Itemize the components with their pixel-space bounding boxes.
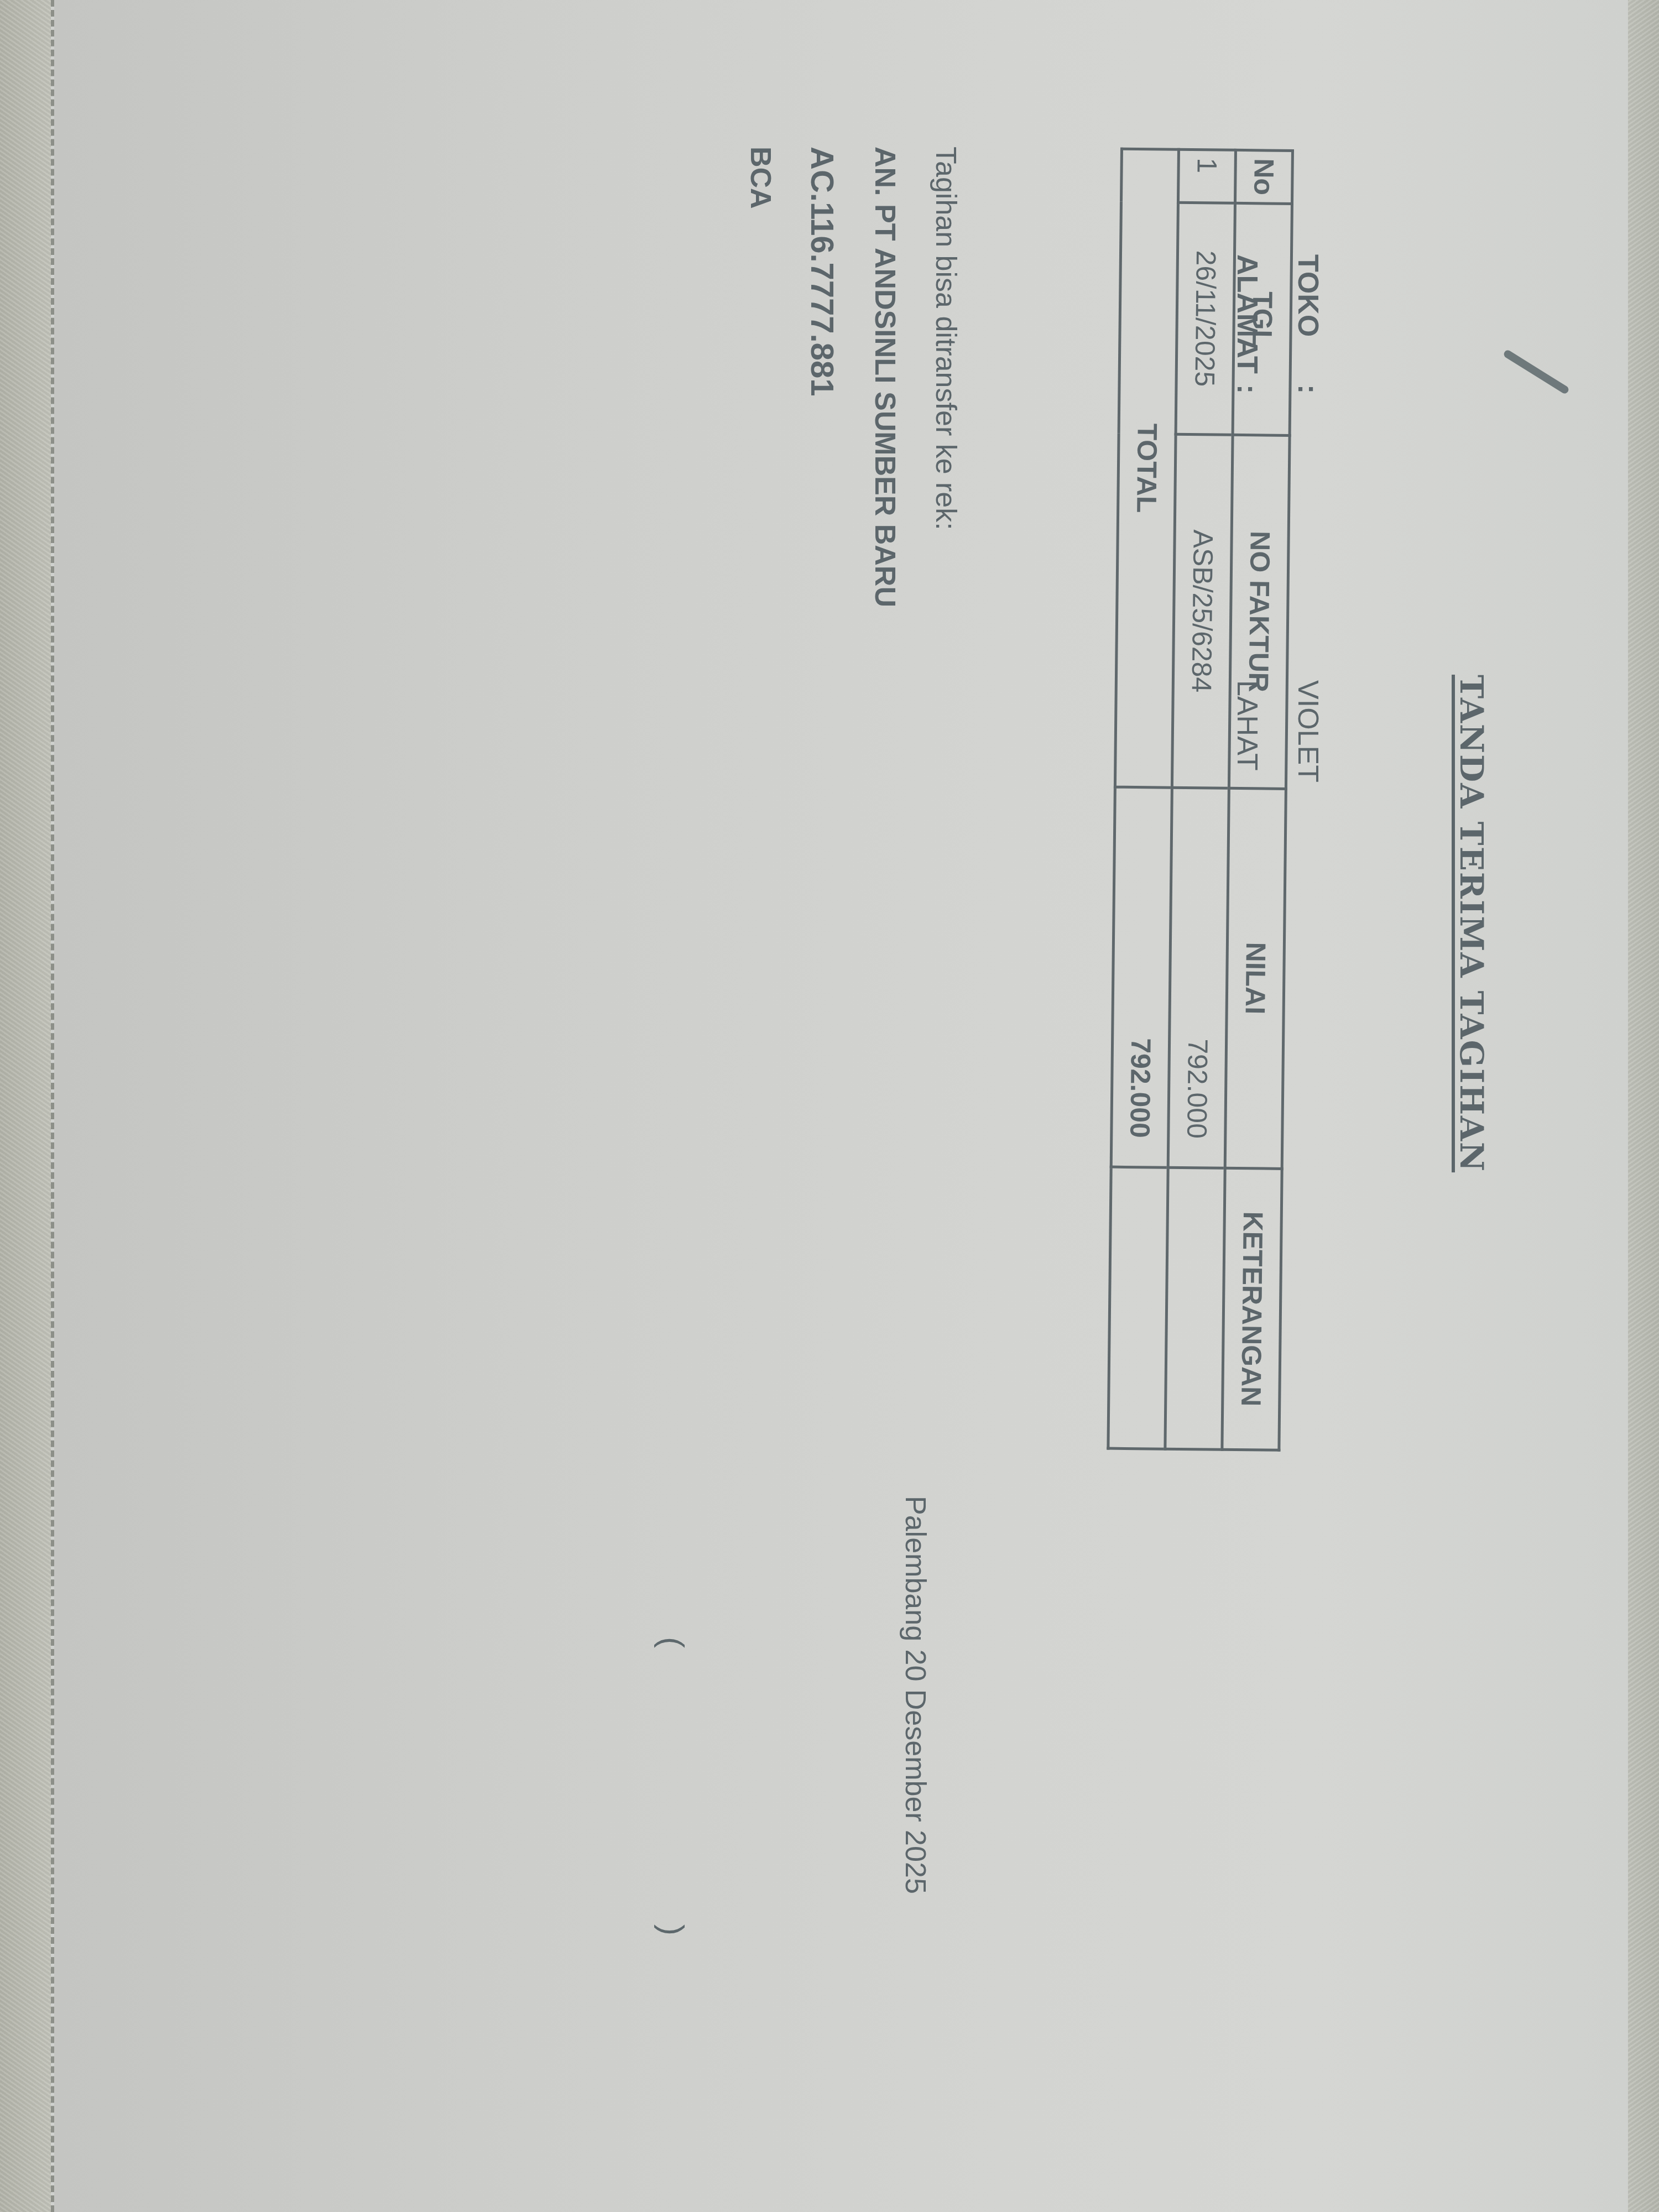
field-toko: TOKO: VIOLET [1291, 254, 1324, 418]
field-toko-label: TOKO [1291, 254, 1324, 384]
background-surface-left [0, 0, 53, 2212]
receipt-paper: TANDA TERIMA TAGIHAN TOKO: VIOLET ALAMAT… [51, 0, 1628, 2212]
place-date: Palembang 20 Desember 2025 [899, 1496, 932, 1894]
background-surface-right [1626, 0, 1659, 2212]
pen-check-mark [1503, 349, 1570, 395]
signature-close-bracket: ) [653, 1924, 691, 1936]
header-no-faktur: NO FAKTUR [1229, 435, 1290, 789]
payment-note-account-name: AN. PT ANDSINLI SUMBER BARU [868, 147, 901, 607]
total-label: TOTAL [1115, 149, 1178, 787]
field-toko-value: VIOLET [1291, 680, 1324, 782]
payment-note-bank: BCA [744, 147, 777, 209]
header-nilai: NILAI [1225, 788, 1286, 1168]
cell-keterangan [1165, 1167, 1225, 1449]
field-toko-separator: : [1291, 384, 1324, 418]
cell-tgl: 26/11/2025 [1176, 202, 1235, 435]
header-tgl: TGL [1233, 203, 1292, 435]
total-keterangan [1108, 1167, 1168, 1449]
total-value: 792.000 [1111, 787, 1172, 1167]
cell-no: 1 [1178, 149, 1235, 203]
receipt-page-content: TANDA TERIMA TAGIHAN TOKO: VIOLET ALAMAT… [54, 0, 1628, 2212]
document-title: TANDA TERIMA TAGIHAN [1453, 675, 1490, 1172]
cell-no-faktur: ASB/25/6284 [1172, 434, 1233, 788]
header-no: No [1235, 150, 1292, 204]
signature-open-bracket: ( [653, 1637, 691, 1648]
payment-note-line1: Tagihan bisa ditransfer ke rek: [929, 147, 962, 530]
invoice-table: No TGL NO FAKTUR NILAI KETERANGAN 1 26/1… [1107, 148, 1294, 1452]
payment-note-account-number: AC.116.7777.881 [804, 147, 841, 396]
header-keterangan: KETERANGAN [1222, 1168, 1282, 1450]
cell-nilai: 792.000 [1168, 787, 1229, 1168]
